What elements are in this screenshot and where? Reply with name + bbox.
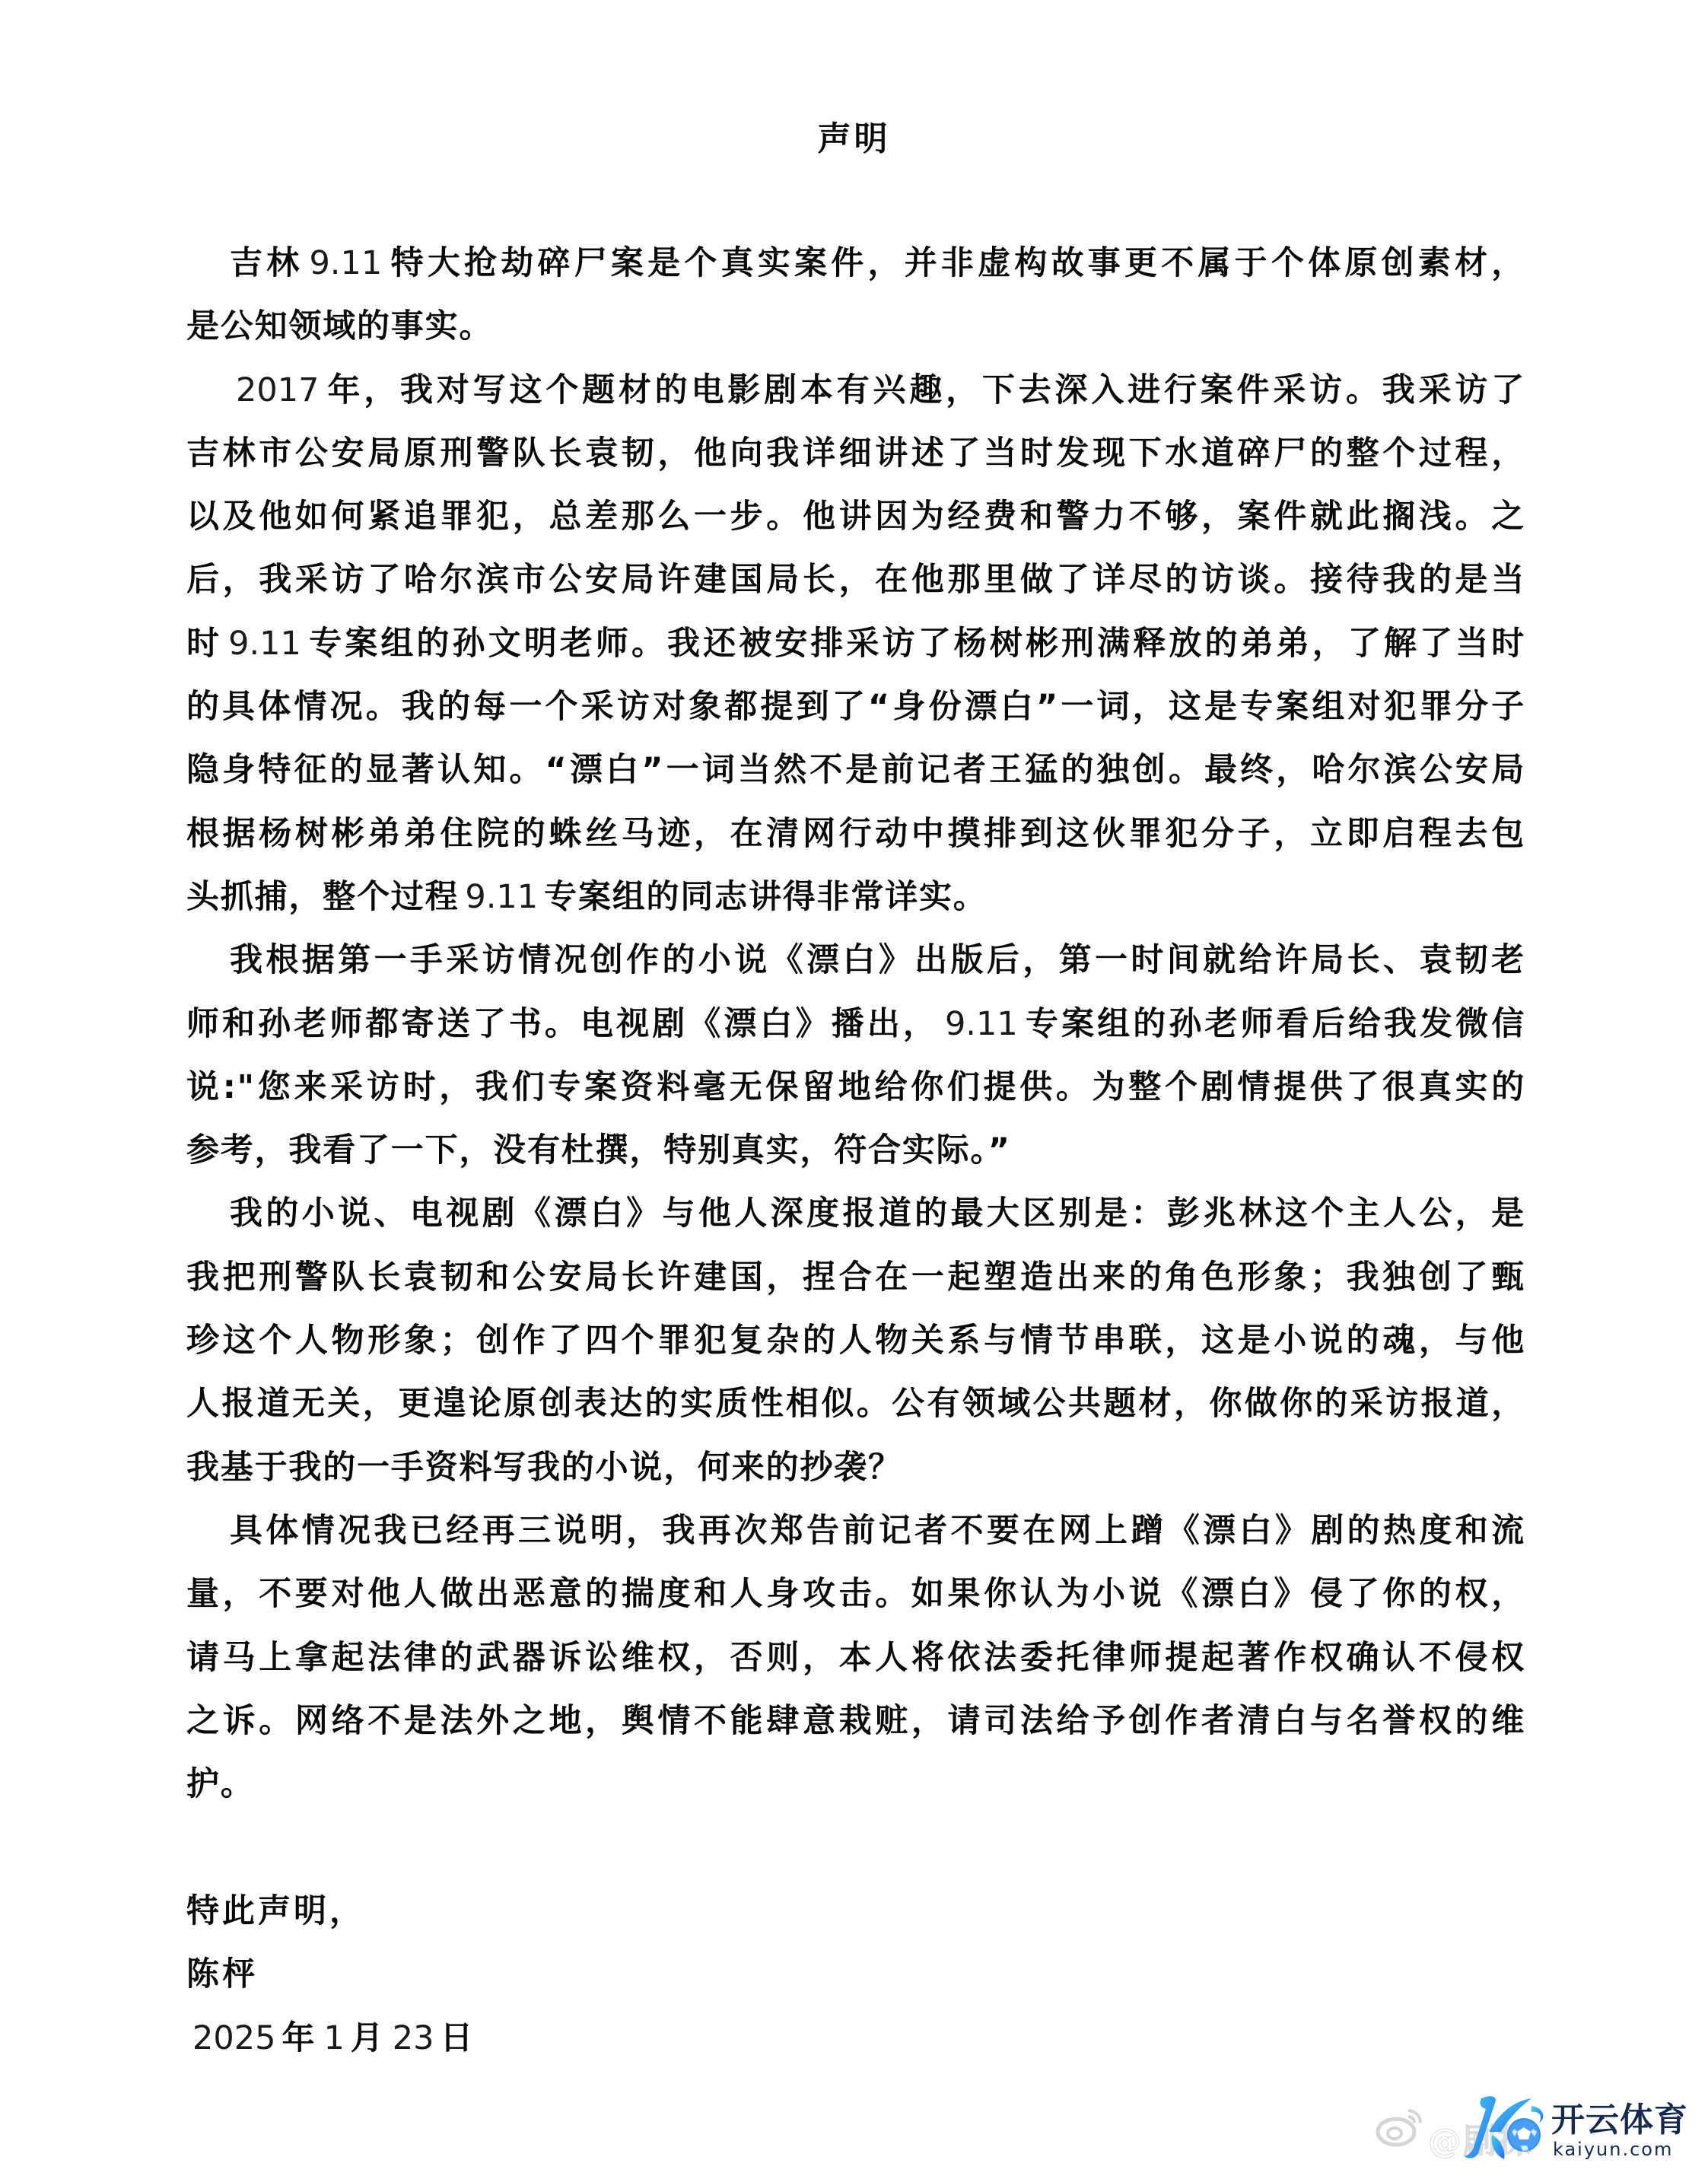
text-run: 我基于我的一手资料写我的小说，何来的抄袭？ <box>186 1449 902 1487</box>
closing-date: 2025年1月23日 <box>186 2007 871 2070</box>
text-run: 特大抢劫碎尸案是个真实案件，并非虚构故事更不属于个体原创素材， <box>388 244 1525 282</box>
date-number: 23 <box>386 2019 441 2057</box>
brand-name-cn: 开云体育 <box>1551 2103 1688 2138</box>
paragraph-2-line: 时9.11专案组的孙文明老师。我还被安排采访了杨树彬刑满释放的弟弟，了解了当时 <box>186 612 1525 676</box>
author-name: 陈枰 <box>186 1943 871 2006</box>
paragraph-3-line: 我根据第一手采访情况创作的小说《漂白》出版后，第一时间就给许局长、袁韧老 <box>186 929 1525 992</box>
text-run: 头抓捕，整个过程 <box>186 878 459 916</box>
paragraph-1-line: 吉林9.11特大抢劫碎尸案是个真实案件，并非虚构故事更不属于个体原创素材， <box>186 232 1525 295</box>
text-run: 说:"您来采访时，我们专案资料毫无保留地给你们提供。为整个剧情提供了很真实的 <box>186 1068 1525 1106</box>
text-run: 吉林市公安局原刑警队长袁韧，他向我详细讲述了当时发现下水道碎尸的整个过程， <box>186 434 1525 472</box>
text-run: 根据杨树彬弟弟住院的蛛丝马迹，在清网行动中摸排到这伙罪犯分子，立即启程去包 <box>186 815 1525 853</box>
text-run: 我把刑警队长袁韧和公安局长许建国，捏合在一起塑造出来的角色形象；我独创了甄 <box>186 1258 1525 1296</box>
paragraph-4-line: 我基于我的一手资料写我的小说，何来的抄袭？ <box>186 1436 1525 1500</box>
paragraph-2-line: 后，我采访了哈尔滨市公安局许建国局长，在他那里做了详尽的访谈。接待我的是当 <box>186 549 1525 612</box>
document-body: 吉林9.11特大抢劫碎尸案是个真实案件，并非虚构故事更不属于个体原创素材，是公知… <box>186 232 1525 1816</box>
paragraph-5-line: 护。 <box>186 1753 1525 1816</box>
text-run: 年，我对写这个题材的电影剧本有兴趣，下去深入进行案件采访。我采访了 <box>325 371 1525 409</box>
text-run: 专案组的孙老师看后给我发微信 <box>1024 1005 1525 1043</box>
text-run: 师和孙老师都寄送了书。电视剧《漂白》播出， <box>186 1005 939 1043</box>
text-run: 之诉。网络不是法外之地，舆情不能肆意栽赃，请司法给予创作者清白与名誉权的维 <box>186 1702 1525 1740</box>
paragraph-4-line: 人报道无关，更遑论原创表达的实质性相似。公有领域公共题材，你做你的采访报道， <box>186 1373 1525 1436</box>
paragraph-4-line: 珍这个人物形象；创作了四个罪犯复杂的人物关系与情节串联，这是小说的魂，与他 <box>186 1309 1525 1373</box>
brand-name-en: kaiyun.com <box>1553 2139 1673 2159</box>
text-run: 后，我采访了哈尔滨市公安局许建国局长，在他那里做了详尽的访谈。接待我的是当 <box>186 561 1525 599</box>
text-run: 专案组的孙文明老师。我还被安排采访了杨树彬刑满释放的弟弟，了解了当时 <box>307 625 1525 663</box>
paragraph-2-line: 吉林市公安局原刑警队长袁韧，他向我详细讲述了当时发现下水道碎尸的整个过程， <box>186 422 1525 485</box>
paragraph-2-line: 2017年，我对写这个题材的电影剧本有兴趣，下去深入进行案件采访。我采访了 <box>186 359 1525 422</box>
paragraph-2-line: 根据杨树彬弟弟住院的蛛丝马迹，在清网行动中摸排到这伙罪犯分子，立即启程去包 <box>186 803 1525 866</box>
text-run: 请马上拿起法律的武器诉讼维权，否则，本人将依法委托律师提起著作权确认不侵权 <box>186 1639 1525 1677</box>
text-run: 具体情况我已经再三说明，我再次郑告前记者不要在网上蹭《漂白》剧的热度和流 <box>230 1512 1525 1550</box>
text-run: 是公知领域的事实。 <box>186 307 493 345</box>
paragraph-2-line: 的具体情况。我的每一个采访对象都提到了“身份漂白”一词，这是专案组对犯罪分子 <box>186 676 1525 739</box>
text-run: 以及他如何紧追罪犯，总差那么一步。他讲因为经费和警力不够，案件就此搁浅。之 <box>186 498 1525 536</box>
number-text: 9.11 <box>303 244 388 282</box>
date-unit: 月 <box>351 2019 386 2057</box>
text-run: 我根据第一手采访情况创作的小说《漂白》出版后，第一时间就给许局长、袁韧老 <box>230 941 1525 979</box>
paragraph-5-line: 具体情况我已经再三说明，我再次郑告前记者不要在网上蹭《漂白》剧的热度和流 <box>186 1500 1525 1563</box>
text-run: 的具体情况。我的每一个采访对象都提到了“身份漂白”一词，这是专案组对犯罪分子 <box>186 688 1525 726</box>
text-run: 专案组的同志讲得非常详实。 <box>544 878 987 916</box>
text-run: 护。 <box>186 1765 255 1803</box>
weibo-icon <box>1375 2103 1428 2149</box>
paragraph-1-line: 是公知领域的事实。 <box>186 295 1525 358</box>
paragraph-4-line: 我把刑警队长袁韧和公安局长许建国，捏合在一起塑造出来的角色形象；我独创了甄 <box>186 1246 1525 1309</box>
document-title: 声明 <box>0 116 1708 163</box>
date-unit: 年 <box>281 2019 317 2057</box>
paragraph-5-line: 量，不要对他人做出恶意的揣度和人身攻击。如果你认为小说《漂白》侵了你的权， <box>186 1563 1525 1626</box>
kaiyun-logo-icon <box>1458 2092 1550 2162</box>
paragraph-2-line: 以及他如何紧追罪犯，总差那么一步。他讲因为经费和警力不够，案件就此搁浅。之 <box>186 485 1525 549</box>
date-number: 2025 <box>186 2019 281 2057</box>
date-number: 1 <box>317 2019 350 2057</box>
text-run: 吉林 <box>230 244 303 282</box>
paragraph-5-line: 请马上拿起法律的武器诉讼维权，否则，本人将依法委托律师提起著作权确认不侵权 <box>186 1627 1525 1690</box>
paragraph-2-line: 头抓捕，整个过程9.11专案组的同志讲得非常详实。 <box>186 866 1525 929</box>
text-run: 参考，我看了一下，没有杜撰，特别真实，符合实际。” <box>186 1131 1011 1169</box>
paragraph-4-line: 我的小说、电视剧《漂白》与他人深度报道的最大区别是：彭兆林这个主人公，是 <box>186 1182 1525 1245</box>
text-run: 人报道无关，更遑论原创表达的实质性相似。公有领域公共题材，你做你的采访报道， <box>186 1385 1525 1423</box>
paragraph-2-line: 隐身特征的显著认知。“漂白”一词当然不是前记者王猛的独创。最终，哈尔滨公安局 <box>186 739 1525 802</box>
number-text: 9.11 <box>459 878 544 916</box>
document-page: 声明 吉林9.11特大抢劫碎尸案是个真实案件，并非虚构故事更不属于个体原创素材，… <box>0 0 1708 2176</box>
text-run: 量，不要对他人做出恶意的揣度和人身攻击。如果你认为小说《漂白》侵了你的权， <box>186 1575 1525 1613</box>
closing-block: 特此声明， 陈枰 2025年1月23日 <box>186 1880 871 2070</box>
text-run: 隐身特征的显著认知。“漂白”一词当然不是前记者王猛的独创。最终，哈尔滨公安局 <box>186 751 1525 789</box>
paragraph-3-line: 说:"您来采访时，我们专案资料毫无保留地给你们提供。为整个剧情提供了很真实的 <box>186 1056 1525 1119</box>
closing-statement: 特此声明， <box>186 1880 871 1943</box>
number-text: 9.11 <box>222 625 307 663</box>
number-text: 2017 <box>230 371 325 409</box>
paragraph-3-line: 参考，我看了一下，没有杜撰，特别真实，符合实际。” <box>186 1119 1525 1182</box>
text-run: 珍这个人物形象；创作了四个罪犯复杂的人物关系与情节串联，这是小说的魂，与他 <box>186 1322 1525 1360</box>
text-run: 我的小说、电视剧《漂白》与他人深度报道的最大区别是：彭兆林这个主人公，是 <box>230 1195 1525 1233</box>
paragraph-3-line: 师和孙老师都寄送了书。电视剧《漂白》播出，9.11专案组的孙老师看后给我发微信 <box>186 993 1525 1056</box>
paragraph-5-line: 之诉。网络不是法外之地，舆情不能肆意栽赃，请司法给予创作者清白与名誉权的维 <box>186 1690 1525 1753</box>
text-run: 时 <box>186 625 222 663</box>
date-unit: 日 <box>441 2019 476 2057</box>
number-text: 9.11 <box>939 1005 1024 1043</box>
watermark: @剧探 开云体育 kaiyun.com <box>1375 2089 1702 2165</box>
